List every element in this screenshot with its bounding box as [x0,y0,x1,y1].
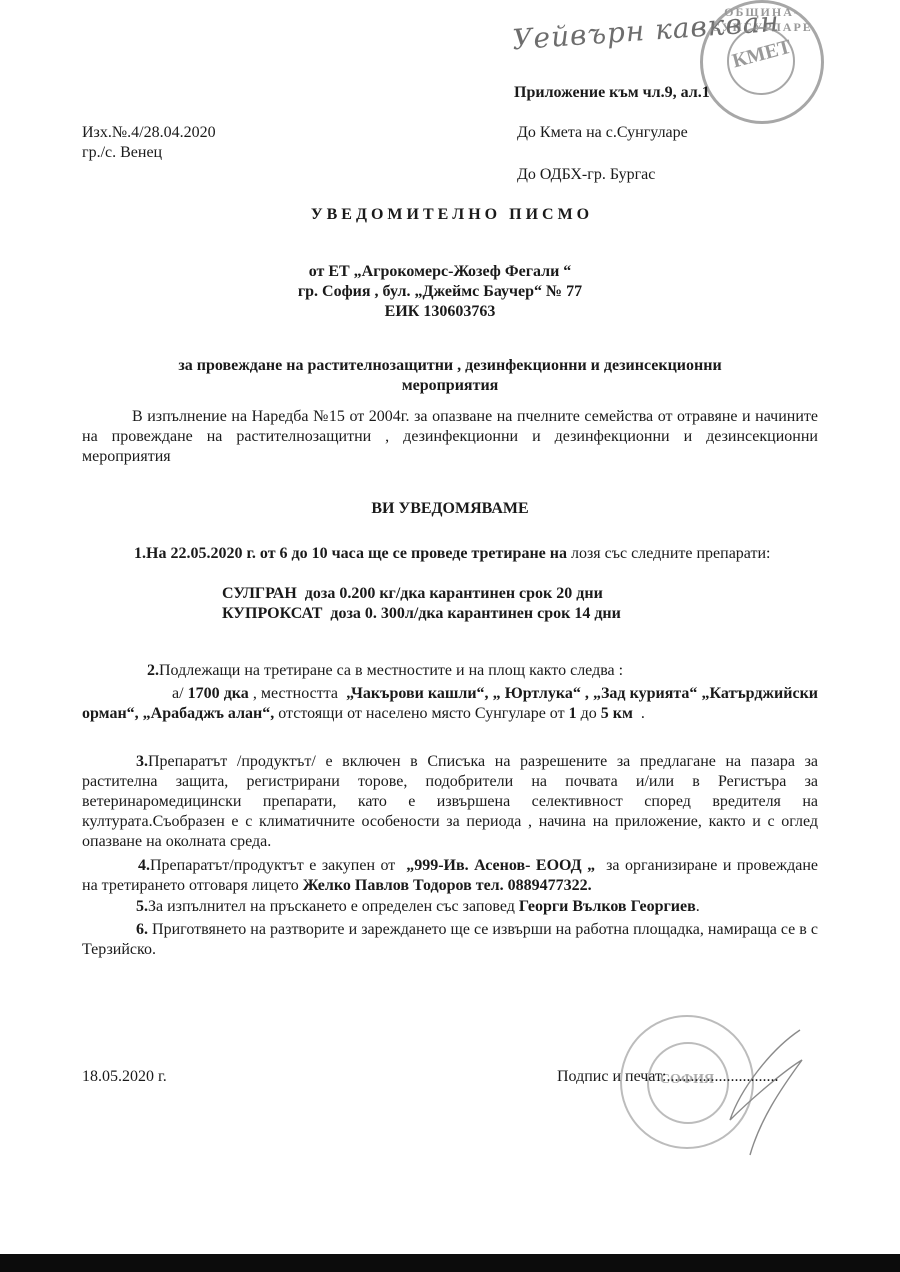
item-1-paragraph: 1.На 22.05.2020 г. от 6 до 10 часа ще се… [82,544,818,564]
document-title: У В Е Д О М И Т Е Л Н О П И С М О [0,206,900,224]
scan-edge-bar [0,1254,900,1272]
responsible-person: Желко Павлов Тодоров тел. 0889477322. [303,877,592,894]
intro-paragraph: В изпълнение на Наредба №15 от 2004г. за… [82,407,818,467]
reference-place: гр./с. Венец [82,144,162,162]
item-5-paragraph: 5.За изпълнител на пръскането е определе… [136,898,700,916]
item-3-paragraph: 3.Препаратът /продуктът/ е включен в Спи… [82,752,818,852]
subject-line: мероприятия [100,376,800,396]
executor-name: Георги Вълков Георгиев [519,898,696,915]
supplier-name: „999-Ив. Асенов- ЕООД „ [406,857,595,874]
item-1-bold: 1.На 22.05.2020 г. от 6 до 10 часа ще се… [134,545,567,562]
document-date: 18.05.2020 г. [82,1068,167,1086]
product-sulgran: СУЛГРАН доза 0.200 кг/дка карантинен сро… [222,584,621,604]
reference-number: Изх.№.4/28.04.2020 [82,124,216,142]
sender-name: от ЕТ „Агрокомерс-Жозеф Фегали “ [100,262,780,282]
product-kuproksat: КУПРОКСАТ доза 0. 300л/дка карантинен ср… [222,604,621,624]
item-6-paragraph: 6. Приготвянето на разтворите и зареждан… [82,920,818,960]
area-value: 1700 дка [188,685,249,702]
recipient-mayor: До Кмета на с.Сунгуларе [517,124,688,142]
subject-block: за провеждане на растителнозащитни , дез… [100,356,800,396]
sender-block: от ЕТ „Агрокомерс-Жозеф Фегали “ гр. Соф… [100,262,780,322]
notice-heading: ВИ УВЕДОМЯВАМЕ [0,500,900,518]
signature-label: Подпис и печат:.........................… [557,1068,778,1086]
item-2a-paragraph: а/ 1700 дка , местността „Чакърови кашли… [82,684,818,724]
item-2-paragraph: 2.Подлежащи на третиране са в местностит… [147,662,623,680]
recipient-odbh: До ОДБХ-гр. Бургас [517,166,655,184]
subject-line: за провеждане на растителнозащитни , дез… [100,356,800,376]
municipality-stamp: ОБЩИНА-СУНГУРЛАРЕ КМЕТ [700,0,824,124]
item-4-paragraph: 4.Препаратът/продуктът е закупен от „999… [82,856,818,896]
item-1-rest: лозя със следните препарати: [567,545,771,562]
product-list: СУЛГРАН доза 0.200 кг/дка карантинен сро… [222,584,621,624]
sender-address: гр. София , бул. „Джеймс Баучер“ № 77 [100,282,780,302]
appendix-label: Приложение към чл.9, ал.1 [514,84,710,102]
sender-eik: ЕИК 130603763 [100,302,780,322]
